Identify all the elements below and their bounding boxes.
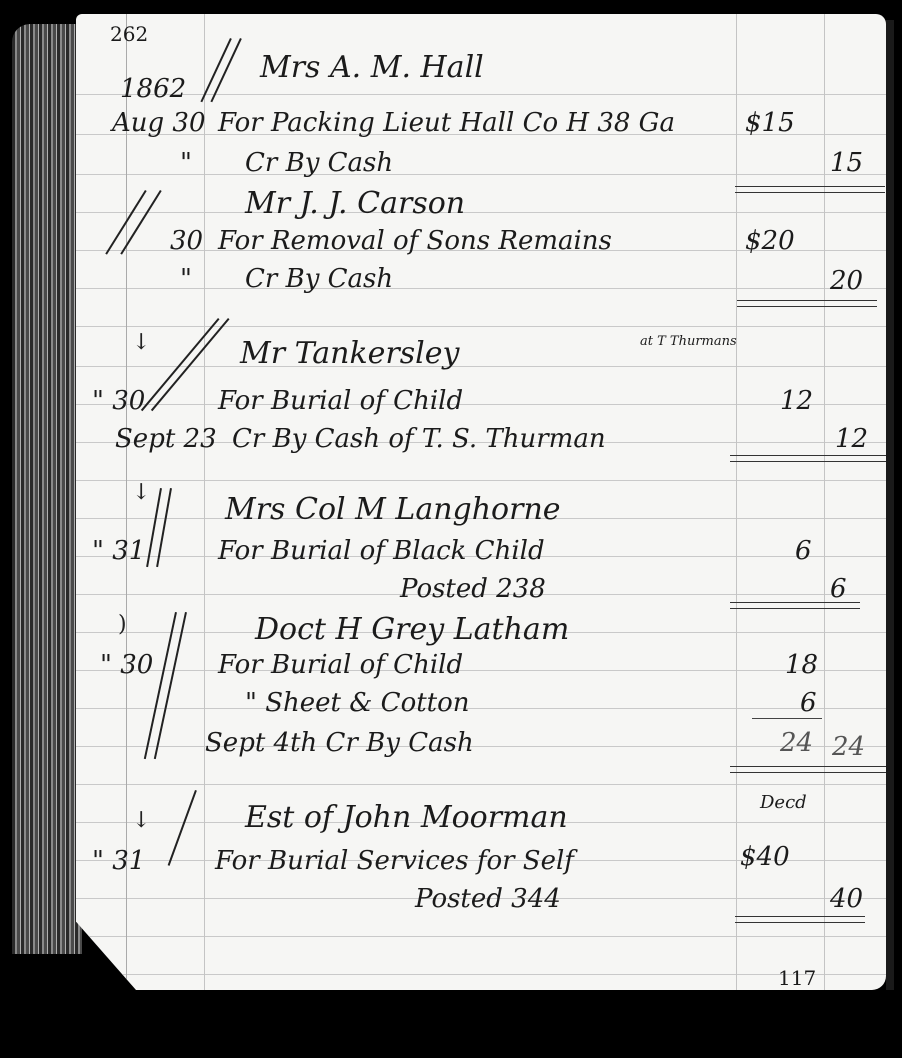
credit-amount: 20 [830, 266, 863, 296]
check-mark-icon: ) [118, 612, 127, 637]
subtotal-rule [752, 718, 822, 719]
entry-date: " 31 [92, 536, 145, 566]
entry-date: Sept 23 [115, 424, 217, 454]
account-name: Mr J. J. Carson [245, 186, 465, 221]
debit-amount: 18 [785, 650, 818, 680]
entry-date: " [180, 264, 192, 294]
entry-description: Cr By Cash of T. S. Thurman [232, 424, 606, 454]
debit-amount: 6 [800, 688, 817, 718]
account-name: Mrs Col M Langhorne [225, 492, 561, 527]
balance-rule [730, 602, 860, 609]
balance-rule [735, 916, 865, 923]
account-name: Est of John Moorman [245, 800, 568, 835]
balance-rule [735, 186, 885, 193]
debit-amount: 24 [780, 728, 813, 758]
entry-date: Aug 30 [112, 108, 206, 138]
entry-description: " Sheet & Cotton [245, 688, 470, 718]
entry-description: Posted 238 [400, 574, 546, 604]
entry-date: " [180, 148, 192, 178]
entry-date: " 31 [92, 846, 145, 876]
check-mark-icon: ↓ [132, 480, 150, 505]
year-label: 1862 [120, 74, 186, 104]
account-name: Mr Tankersley [240, 336, 459, 371]
balance-rule [730, 455, 886, 462]
credit-amount: 24 [832, 732, 865, 762]
book-page-edges [12, 24, 82, 954]
book-spine-edge [886, 20, 894, 990]
page-number: 262 [110, 22, 148, 46]
account-name: Doct H Grey Latham [255, 612, 569, 647]
check-mark-icon: ↓ [132, 330, 150, 355]
entry-description: For Burial of Child [218, 386, 463, 416]
account-annotation: at T Thurmans [640, 334, 737, 349]
debit-amount: $40 [740, 842, 790, 872]
balance-rule [737, 300, 877, 307]
check-mark-icon: ↓ [132, 808, 150, 833]
credit-amount: 12 [835, 424, 868, 454]
entry-date: " 30 [100, 650, 153, 680]
account-annotation: Decd [760, 792, 807, 813]
entry-description: Sept 4th Cr By Cash [205, 728, 474, 758]
balance-rule [730, 766, 886, 773]
account-name: Mrs A. M. Hall [260, 50, 484, 85]
credit-amount: 6 [830, 574, 847, 604]
entry-date: " 30 [92, 386, 145, 416]
debit-amount: 6 [795, 536, 812, 566]
debit-amount: 12 [780, 386, 813, 416]
footer-number: 117 [778, 966, 816, 990]
credit-amount: 40 [830, 884, 863, 914]
credit-amount: 15 [830, 148, 863, 178]
entry-description: Posted 344 [415, 884, 561, 914]
debit-amount: $20 [745, 226, 795, 256]
entry-date: 30 [170, 226, 203, 256]
entry-description: For Burial of Child [218, 650, 463, 680]
entry-description: For Packing Lieut Hall Co H 38 Ga [218, 108, 675, 138]
entry-description: For Burial of Black Child [218, 536, 545, 566]
entry-description: For Removal of Sons Remains [218, 226, 612, 256]
entry-description: Cr By Cash [245, 148, 393, 178]
entry-description: Cr By Cash [245, 264, 393, 294]
debit-amount: $15 [745, 108, 795, 138]
entry-description: For Burial Services for Self [215, 846, 574, 876]
